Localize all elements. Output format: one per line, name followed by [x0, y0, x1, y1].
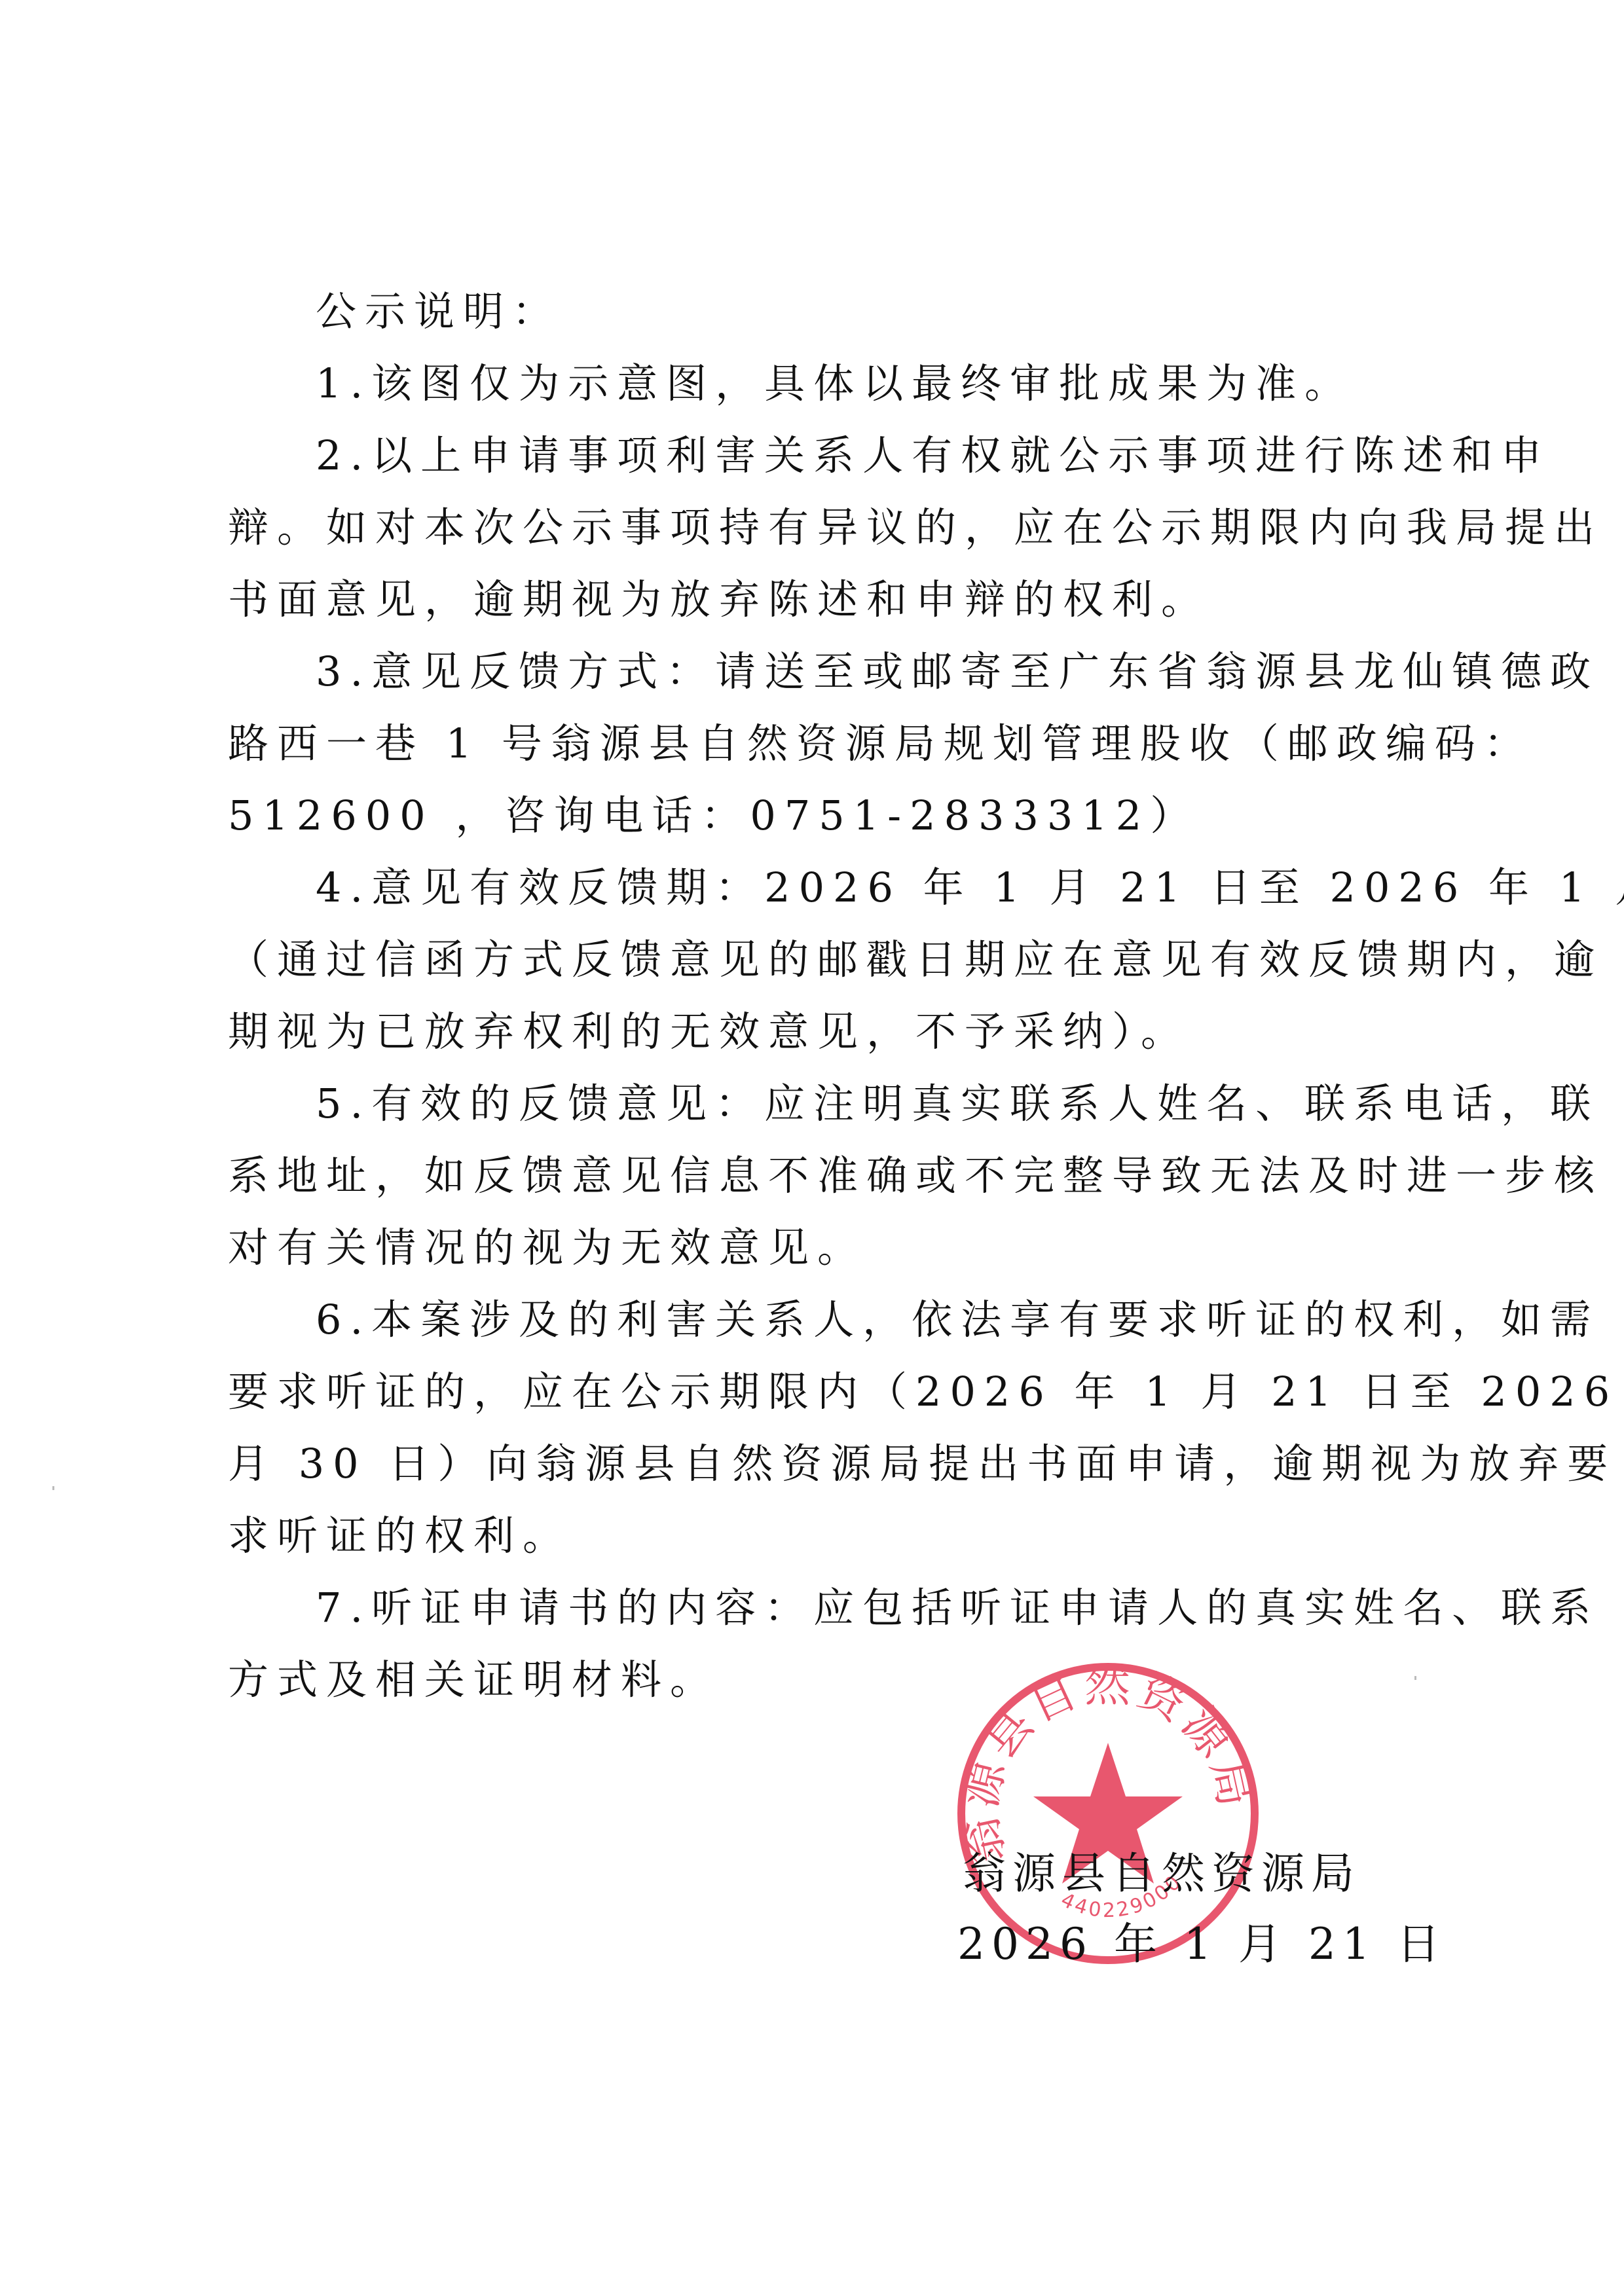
item-3-line-1: 3.意见反馈方式：请送至或邮寄至广东省翁源县龙仙镇德政: [316, 646, 1514, 698]
signature-org: 翁源县自然资源局: [963, 1848, 1361, 1900]
item-5-line-2: 系地址，如反馈意见信息不准确或不完整导致无法及时进一步核: [228, 1150, 1426, 1202]
seal-star-icon: 翁源县自然资源局 4402290003: [965, 1671, 1251, 1956]
item-7-line-1: 7.听证申请书的内容：应包括听证申请人的真实姓名、联系: [316, 1582, 1514, 1634]
scan-speck: [52, 1486, 54, 1490]
item-5-line-3: 对有关情况的视为无效意见。: [228, 1222, 1426, 1274]
item-6-line-3: 月 30 日）向翁源县自然资源局提出书面申请，逾期视为放弃要: [228, 1438, 1426, 1490]
item-4-line-1: 4.意见有效反馈期：2026 年 1 月 21 日至 2026 年 1 月 30…: [316, 862, 1514, 914]
notice-heading: 公示说明：: [316, 285, 1514, 338]
item-6-line-4: 求听证的权利。: [228, 1510, 1426, 1562]
item-3-line-3: 512600 ，咨询电话：0751-2833312）: [228, 790, 1426, 842]
item-4-line-3: 期视为已放弃权利的无效意见，不予采纳）。: [228, 1006, 1426, 1058]
item-1-line-1: 1.该图仅为示意图，具体以最终审批成果为准。: [316, 357, 1514, 410]
item-2-line-1: 2.以上申请事项利害关系人有权就公示事项进行陈述和申: [316, 429, 1514, 482]
scan-speck: [1414, 1676, 1416, 1680]
item-3-line-2: 路西一巷 1 号翁源县自然资源局规划管理股收（邮政编码：: [228, 718, 1426, 770]
item-4-line-2: （通过信函方式反馈意见的邮戳日期应在意见有效反馈期内，逾: [228, 934, 1426, 986]
item-5-line-1: 5.有效的反馈意见：应注明真实联系人姓名、联系电话，联: [316, 1078, 1514, 1130]
item-2-line-2: 辩。如对本次公示事项持有异议的，应在公示期限内向我局提出: [228, 501, 1426, 554]
signature-date: 2026 年 1 月 21 日: [957, 1918, 1447, 1971]
scan-speck: [1171, 393, 1173, 397]
item-6-line-1: 6.本案涉及的利害关系人，依法享有要求听证的权利，如需: [316, 1294, 1514, 1346]
document-page: 公示说明： 1.该图仅为示意图，具体以最终审批成果为准。 2.以上申请事项利害关…: [0, 0, 1624, 2296]
item-6-line-2: 要求听证的，应在公示期限内（2026 年 1 月 21 日至 2026 年 1: [228, 1366, 1426, 1418]
item-2-line-3: 书面意见，逾期视为放弃陈述和申辩的权利。: [228, 574, 1426, 626]
